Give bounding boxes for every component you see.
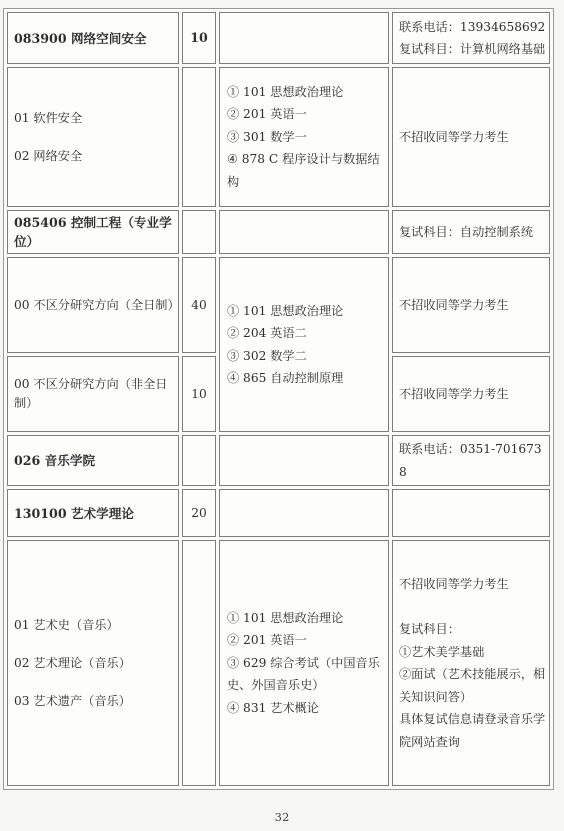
cell-subjects [219, 489, 389, 537]
cell-subjects: ① 101 思想政治理论 ② 201 英语一 ③ 629 综合考试（中国音乐史、… [219, 540, 389, 786]
admissions-table: 083900 网络空间安全 10 联系电话：13934658692 复试科目：计… [3, 8, 554, 790]
cell-program: 00 不区分研究方向（全日制） [7, 257, 179, 353]
table-row: 026 音乐学院 联系电话：0351-7016738 [7, 435, 550, 486]
cell-program: 01 艺术史（音乐） 02 艺术理论（音乐） 03 艺术遗产（音乐） [7, 540, 179, 786]
cell-remarks: 联系电话：0351-7016738 [392, 435, 550, 486]
cell-subjects [219, 12, 389, 64]
table-row: 01 软件安全 02 网络安全 ① 101 思想政治理论 ② 201 英语一 ③… [7, 67, 550, 207]
cell-remarks: 不招收同等学力考生 [392, 257, 550, 353]
table-row: 085406 控制工程（专业学位） 复试科目：自动控制系统 [7, 210, 550, 254]
cell-quota [182, 67, 216, 207]
cell-quota: 40 [182, 257, 216, 353]
table-row: 00 不区分研究方向（全日制） 40 ① 101 思想政治理论 ② 204 英语… [7, 257, 550, 353]
cell-remarks: 复试科目：自动控制系统 [392, 210, 550, 254]
cell-remarks: 联系电话：13934658692 复试科目：计算机网络基础 [392, 12, 550, 64]
cell-subjects [219, 435, 389, 486]
cell-program: 130100 艺术学理论 [7, 489, 179, 537]
cell-quota [182, 540, 216, 786]
cell-remarks: 不招收同等学力考生 [392, 67, 550, 207]
table-row: 01 艺术史（音乐） 02 艺术理论（音乐） 03 艺术遗产（音乐） ① 101… [7, 540, 550, 786]
cell-quota [182, 435, 216, 486]
cell-subjects: ① 101 思想政治理论 ② 204 英语二 ③ 302 数学二 ④ 865 自… [219, 257, 389, 432]
cell-subjects [219, 210, 389, 254]
cell-program: 026 音乐学院 [7, 435, 179, 486]
cell-program: 085406 控制工程（专业学位） [7, 210, 179, 254]
cell-remarks: 不招收同等学力考生 [392, 356, 550, 432]
page-number: 32 [0, 810, 564, 824]
cell-remarks: 不招收同等学力考生 复试科目： ①艺术美学基础 ②面试（艺术技能展示，相关知识问… [392, 540, 550, 786]
cell-remarks [392, 489, 550, 537]
cell-program: 01 软件安全 02 网络安全 [7, 67, 179, 207]
cell-quota: 20 [182, 489, 216, 537]
cell-subjects: ① 101 思想政治理论 ② 201 英语一 ③ 301 数学一 ④ 878 C… [219, 67, 389, 207]
table-row: 130100 艺术学理论 20 [7, 489, 550, 537]
cell-program: 00 不区分研究方向（非全日制） [7, 356, 179, 432]
cell-quota: 10 [182, 12, 216, 64]
cell-quota [182, 210, 216, 254]
cell-quota: 10 [182, 356, 216, 432]
document-page: 083900 网络空间安全 10 联系电话：13934658692 复试科目：计… [0, 0, 564, 831]
table-row: 083900 网络空间安全 10 联系电话：13934658692 复试科目：计… [7, 12, 550, 64]
cell-program: 083900 网络空间安全 [7, 12, 179, 64]
